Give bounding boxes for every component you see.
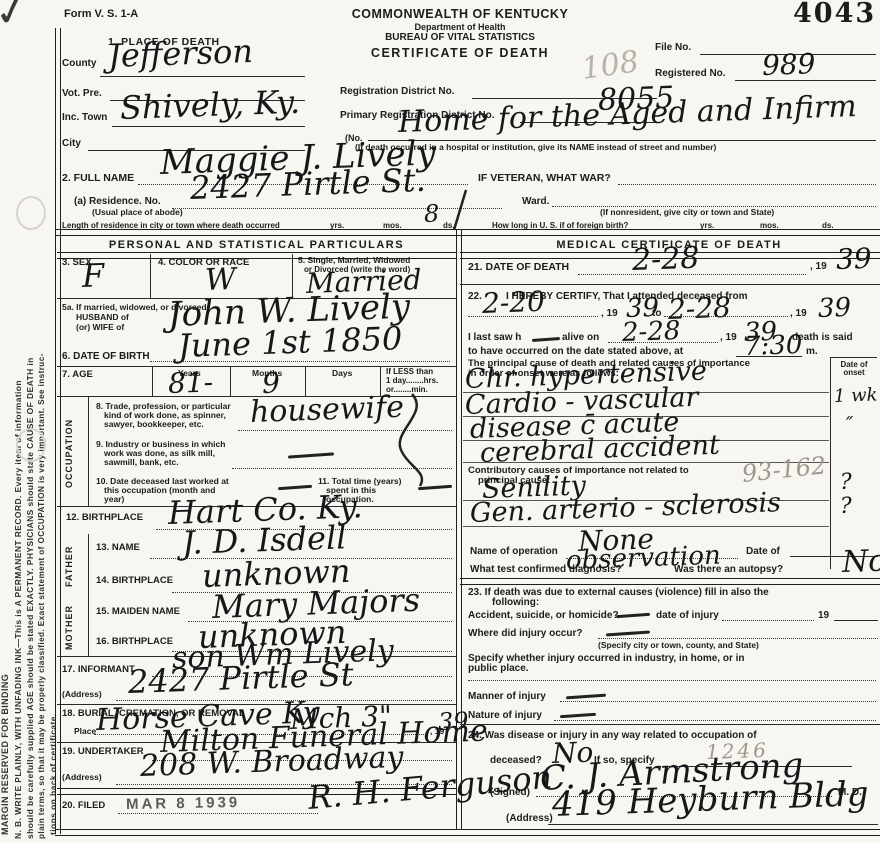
handwritten-dash xyxy=(616,613,650,618)
margin-note-line1: N. B. WRITE PLAINLY, WITH UNFADING INK—T… xyxy=(13,4,23,839)
form-left-border xyxy=(55,28,61,834)
last-saw-text: I last saw h xyxy=(468,332,521,344)
mother-name-label: 15. MAIDEN NAME xyxy=(96,607,180,618)
contributory-qmark: ? xyxy=(840,496,853,518)
burial-place-label: Place xyxy=(74,727,96,737)
embossed-seal-circle xyxy=(16,428,46,462)
age-less-label-2: 1 day........hrs. xyxy=(386,376,438,385)
county-label: County xyxy=(62,58,96,70)
institution-line xyxy=(368,140,876,141)
mother-cell-divider xyxy=(88,597,89,657)
contributory-qmark: ? xyxy=(840,472,853,494)
age-cell-divider xyxy=(152,366,153,396)
city-label: City xyxy=(62,138,81,150)
sex-value: F xyxy=(81,259,104,292)
autopsy-value: No xyxy=(841,546,880,578)
date-of-death-value: 2-28 xyxy=(631,244,699,276)
dob-line xyxy=(150,361,450,362)
institution-value: Home for the Aged and Infirm xyxy=(397,92,857,138)
informant-label: 17. INFORMANT xyxy=(62,665,135,676)
form-bottom-border xyxy=(55,829,880,836)
section-rule xyxy=(460,724,880,725)
pencil-code: 93-162 xyxy=(741,453,828,486)
injury-19: 19 xyxy=(818,610,829,622)
filed-line xyxy=(118,813,318,814)
bureau-line: BUREAU OF VITAL STATISTICS xyxy=(330,32,590,44)
cell-divider xyxy=(150,254,151,298)
where-injury-label: Where did injury occur? xyxy=(468,628,582,640)
date-injury-line xyxy=(722,620,814,621)
handwritten-dash xyxy=(532,337,560,342)
length-of-residence-label: Length of residence in city or town wher… xyxy=(62,221,280,230)
physician-address-label: (Address) xyxy=(506,813,553,825)
nature-line xyxy=(554,720,876,721)
onset-ditto-mark: ″ xyxy=(846,414,854,434)
occurred-text: to have occurred on the date stated abov… xyxy=(468,346,683,358)
where-note: (Specify city or town, county, and State… xyxy=(598,641,759,651)
voting-precinct-label: Vot. Pre. xyxy=(62,88,102,100)
handwritten-dash xyxy=(606,630,650,636)
registered-no-label: Registered No. xyxy=(655,68,726,80)
operation-label: Name of operation xyxy=(470,546,558,558)
date-of-death-line xyxy=(578,274,806,275)
onset-week-value: 1 wk xyxy=(834,386,878,406)
margin-note-binding: MARGIN RESERVED FOR BINDING xyxy=(0,415,10,835)
deceased-label: deceased? xyxy=(490,755,542,767)
time-line xyxy=(736,356,802,357)
length-yrs-label: yrs. xyxy=(330,221,344,230)
father-birthplace-label: 14. BIRTHPLACE xyxy=(96,576,173,587)
signed-label: (Signed) xyxy=(490,787,530,799)
registered-no-line xyxy=(735,80,876,81)
onset-box-top xyxy=(830,357,877,358)
age-cell-divider xyxy=(305,366,306,396)
from-19: , 19 xyxy=(601,308,618,320)
filed-label: 20. FILED xyxy=(62,801,105,812)
occupation-side-label: OCCUPATION xyxy=(64,410,74,496)
registered-no-value: 989 xyxy=(762,50,816,80)
father-name-label: 13. NAME xyxy=(96,543,140,554)
inc-town-value: Shively, Ky. xyxy=(119,86,300,124)
dob-value: June 1st 1850 xyxy=(177,322,402,362)
manner-line xyxy=(560,701,876,702)
certificate-title: CERTIFICATE OF DEATH xyxy=(330,46,590,60)
personal-section-title: PERSONAL AND STATISTICAL PARTICULARS xyxy=(57,239,456,252)
informant-address-value: 2427 Pirtle St xyxy=(127,658,354,698)
registration-district-value: 108 xyxy=(580,47,641,85)
embossed-seal-circle xyxy=(16,196,46,230)
age-less-label-1: If LESS than xyxy=(386,367,433,376)
physician-address-line xyxy=(548,824,878,825)
father-side-label: FATHER xyxy=(64,540,74,592)
age-label: 7. AGE xyxy=(62,370,93,381)
undertaker-address-label: (Address) xyxy=(62,773,102,783)
handwritten-dash xyxy=(288,452,334,458)
nature-of-injury-label: Nature of injury xyxy=(468,710,542,722)
form-number: Form V. S. 1-A xyxy=(64,8,138,21)
veteran-label: IF VETERAN, WHAT WAR? xyxy=(478,172,611,184)
last-saw-19: , 19 xyxy=(720,332,737,344)
margin-note-line3: plain terms, so that it may be properly … xyxy=(37,4,46,839)
age-cell-divider xyxy=(230,366,231,396)
alive-on-text: alive on xyxy=(562,332,599,344)
to-year-value: 39 xyxy=(818,295,852,322)
ward-label: Ward. xyxy=(522,196,549,208)
residence-label: (a) Residence. No. xyxy=(74,196,161,208)
filed-date-stamp: MAR 8 1939 xyxy=(126,794,241,813)
dob-label: 6. DATE OF BIRTH xyxy=(62,351,150,363)
to-19: , 19 xyxy=(790,308,807,320)
handwritten-dash xyxy=(560,713,596,719)
onset-box-left xyxy=(830,357,831,569)
specify-text-2: public place. xyxy=(468,663,529,675)
abode-note: (Usual place of abode) xyxy=(92,208,183,218)
commonwealth-title: COMMONWEALTH OF KENTUCKY xyxy=(330,7,590,21)
length-mos-label: mos. xyxy=(383,221,402,230)
registration-district-label: Registration District No. xyxy=(340,86,454,98)
mother-birthplace-label: 16. BIRTHPLACE xyxy=(96,637,173,648)
attended-from-line xyxy=(468,316,598,317)
department-line: Department of Health xyxy=(330,22,590,32)
occupation-cell-divider xyxy=(88,396,89,506)
manner-of-injury-label: Manner of injury xyxy=(468,691,546,703)
date-of-death-19: , 19 xyxy=(810,261,827,273)
m-label: m. xyxy=(806,346,818,358)
age-days-label: Days xyxy=(332,369,352,379)
foreign-ds-label: ds. xyxy=(822,221,834,230)
file-no-label: File No. xyxy=(655,42,691,54)
industry-label-3: sawmill, bank, etc. xyxy=(104,458,179,468)
margin-note-line2: should be carefully supplied AGE should … xyxy=(25,4,35,839)
autopsy-label: Was there an autopsy? xyxy=(674,564,783,576)
death-certificate-scan: ✓ MARGIN RESERVED FOR BINDING N. B. WRIT… xyxy=(0,0,880,843)
date-of-death-year: 39 xyxy=(836,245,873,274)
injury-19-line xyxy=(834,620,878,621)
inc-town-line xyxy=(112,126,305,127)
q23-text-2: following: xyxy=(492,597,539,609)
onset-box-label-2: onset xyxy=(832,368,876,377)
last-saw-line xyxy=(608,342,718,343)
q22-number: 22. xyxy=(468,291,482,303)
operation-date-label: Date of xyxy=(746,546,780,558)
trade-label-3: sawyer, bookkeeper, etc. xyxy=(104,420,204,430)
age-years-value: 81- xyxy=(168,368,214,398)
veteran-line xyxy=(618,184,876,185)
foreign-yrs-label: yrs. xyxy=(700,221,714,230)
accident-label: Accident, suicide, or homicide? xyxy=(468,610,619,622)
date-of-death-label: 21. DATE OF DEATH xyxy=(468,261,569,273)
birthplace-label: 12. BIRTHPLACE xyxy=(66,513,143,524)
where-injury-line xyxy=(598,638,878,639)
county-value: Jefferson xyxy=(107,35,253,72)
date-injury-label: date of injury xyxy=(656,610,719,622)
mother-side-label: MOTHER xyxy=(64,602,74,654)
father-cell-divider xyxy=(88,534,89,597)
color-race-value: W xyxy=(204,265,236,296)
foreign-birth-label: How long in U. S. if of foreign birth? xyxy=(492,221,628,230)
last-worked-label-3: year) xyxy=(104,495,124,505)
attended-from-value: 2-20 xyxy=(482,288,546,318)
stray-pen-stroke xyxy=(450,188,470,232)
county-line xyxy=(100,76,305,77)
handwritten-dash xyxy=(566,694,606,700)
nonresident-note: (If nonresident, give city or town and S… xyxy=(600,208,774,218)
full-name-label: 2. FULL NAME xyxy=(62,172,134,184)
informant-address-label: (Address) xyxy=(62,690,102,700)
stamped-certificate-number: 4043 xyxy=(793,0,876,29)
residence-value: 2427 Pirtle St. xyxy=(189,164,426,204)
physician-address-value: 419 Heyburn Bldg xyxy=(551,777,869,822)
length-value: 8 xyxy=(424,201,440,226)
section-rule-double xyxy=(460,578,880,585)
inc-town-label: Inc. Town xyxy=(62,112,107,124)
foreign-mos-label: mos. xyxy=(760,221,779,230)
spouse-label-3: (or) WIFE of xyxy=(76,323,124,333)
blank-line xyxy=(468,680,876,681)
industry-line xyxy=(232,468,452,469)
undertaker-label: 19. UNDERTAKER xyxy=(62,747,144,758)
